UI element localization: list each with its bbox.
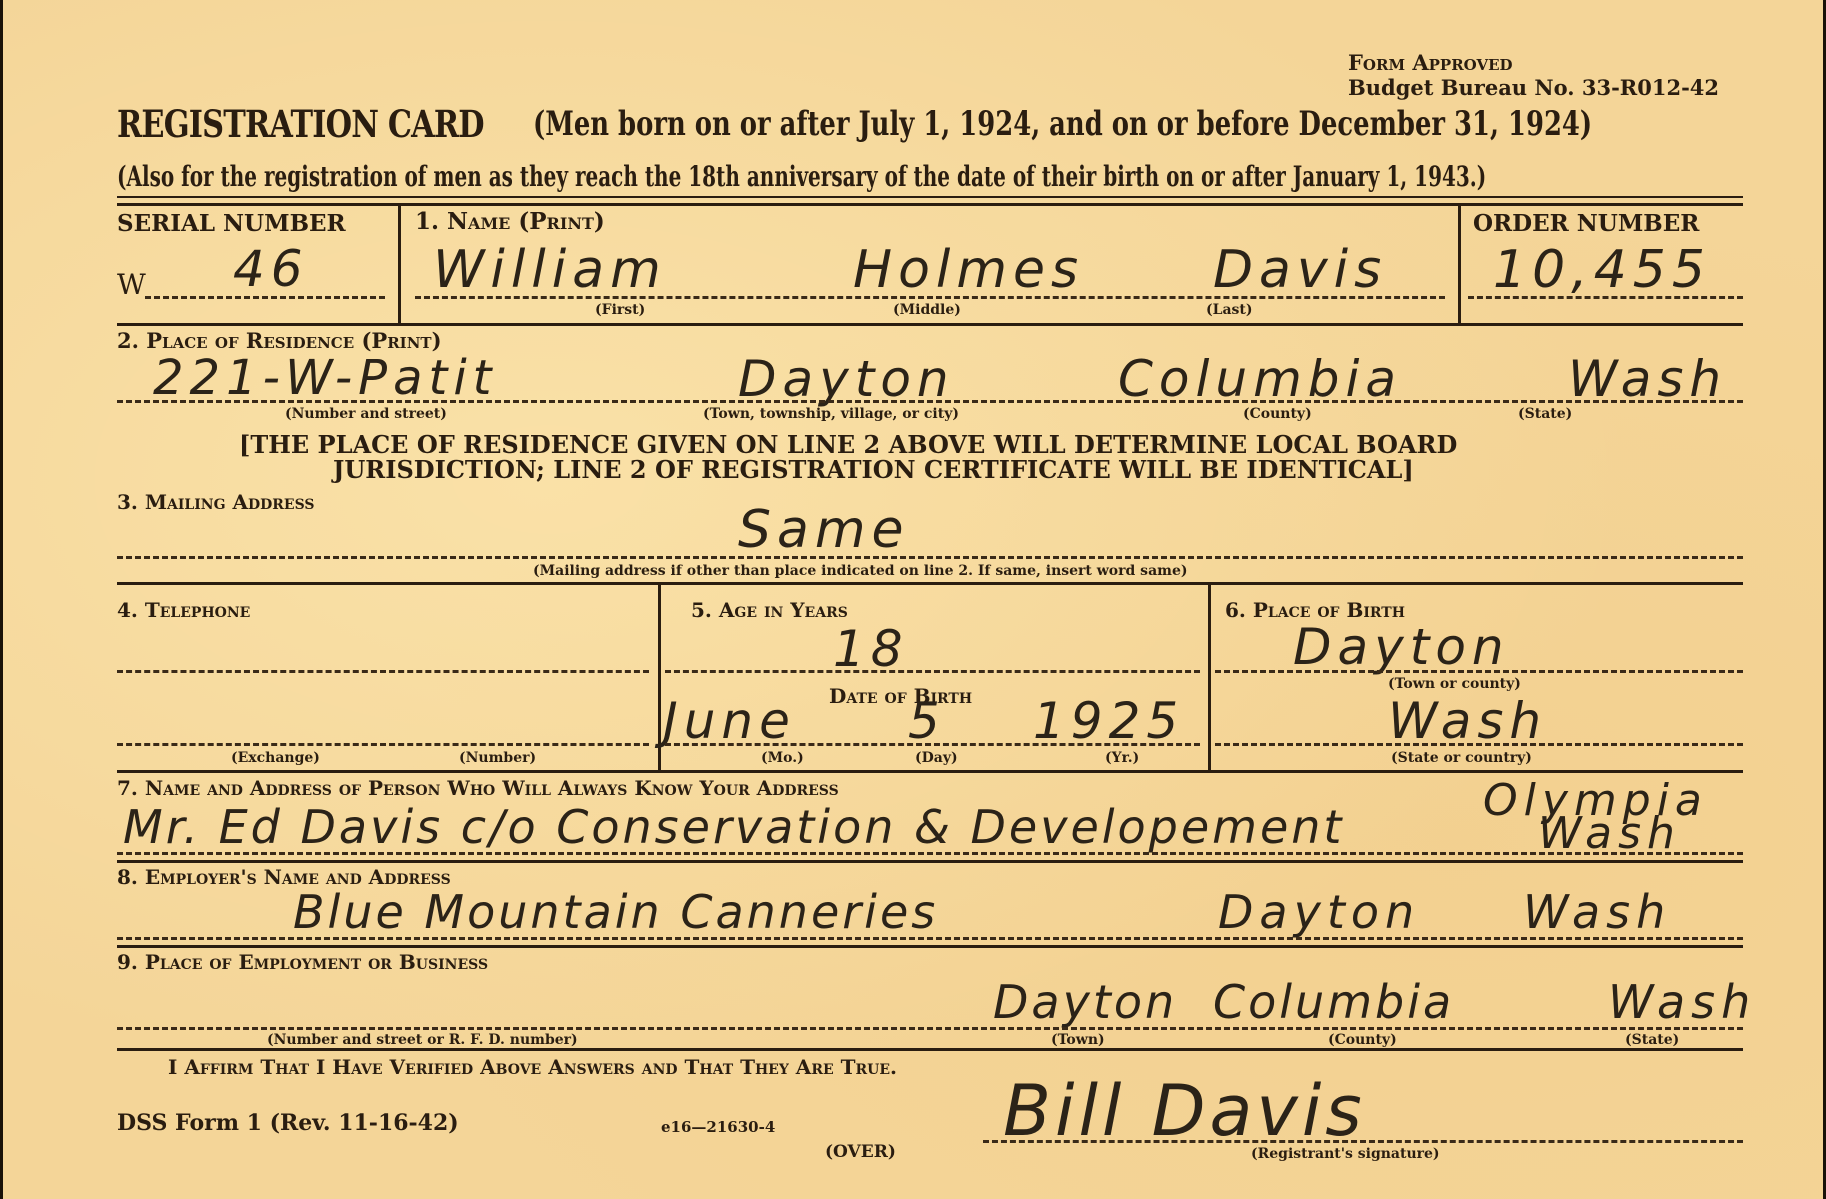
middle-caption: (Middle) (893, 302, 961, 318)
header-rule-1 (117, 196, 1743, 198)
row-rule (117, 770, 1743, 773)
over-note: (OVER) (825, 1142, 896, 1162)
title-text: REGISTRATION CARD (117, 102, 484, 146)
middle-name-value: Holmes (853, 240, 1084, 300)
last-caption: (Last) (1206, 302, 1253, 318)
serial-prefix: W (117, 268, 146, 301)
header-rule-2 (117, 203, 1743, 206)
employment-state-caption: (State) (1625, 1032, 1679, 1048)
year-caption: (Yr.) (1105, 750, 1139, 766)
row-rule (117, 582, 1743, 585)
birth-state-underline (1215, 743, 1743, 746)
order-number-value: 10,455 (1493, 240, 1711, 300)
birth-town-caption: (Town or county) (1388, 676, 1521, 692)
divider (1458, 205, 1461, 323)
contact-underline (117, 852, 1743, 855)
name-label: 1. Name (Print) (415, 208, 605, 235)
divider (398, 205, 401, 323)
exchange-caption: (Exchange) (231, 750, 320, 766)
contact-value: Mr. Ed Davis c/o Conservation & Develope… (123, 800, 1344, 854)
birth-town-value: Dayton (1293, 618, 1510, 676)
form-approved: Form Approved (1348, 50, 1513, 75)
divider (1208, 585, 1211, 770)
residence-underline (117, 400, 1743, 403)
residence-notice-2: JURISDICTION; LINE 2 OF REGISTRATION CER… (333, 455, 1414, 484)
mailing-label: 3. Mailing Address (117, 490, 315, 514)
serial-number-value: 46 (233, 240, 309, 298)
employment-county-value: Columbia (1213, 975, 1454, 1029)
dob-underline (665, 743, 1200, 746)
telephone-line-2 (117, 743, 649, 746)
county-caption: (County) (1243, 406, 1312, 422)
employer-state-value: Wash (1523, 885, 1671, 939)
title-note-text: (Men born on or after July 1, 1924, and … (533, 104, 1592, 144)
divider (658, 585, 661, 770)
last-name-value: Davis (1213, 240, 1387, 300)
number-caption: (Number) (459, 750, 536, 766)
first-caption: (First) (595, 302, 645, 318)
day-caption: (Day) (915, 750, 958, 766)
month-caption: (Mo.) (761, 750, 804, 766)
employer-city-value: Dayton (1218, 885, 1420, 939)
affirm-statement: I Affirm That I Have Verified Above Answ… (168, 1055, 897, 1079)
birth-state-caption: (State or country) (1391, 750, 1532, 766)
row-rule (117, 323, 1743, 326)
employment-town-caption: (Town) (1051, 1032, 1105, 1048)
town-caption: (Town, township, village, or city) (703, 406, 959, 422)
age-underline (665, 670, 1200, 673)
signature-underline (983, 1140, 1743, 1143)
mailing-address-value: Same (738, 500, 910, 560)
subtitle: (Also for the registration of men as the… (117, 160, 1826, 193)
title-note: (Men born on or after July 1, 1924, and … (533, 104, 1826, 144)
employment-state-value: Wash (1608, 975, 1756, 1029)
birth-state-value: Wash (1388, 692, 1547, 750)
telephone-label: 4. Telephone (117, 598, 250, 622)
order-label: ORDER NUMBER (1473, 210, 1699, 237)
form-id: DSS Form 1 (Rev. 11-16-42) (117, 1110, 459, 1136)
employment-underline (117, 1027, 1743, 1030)
street-caption: (Number and street) (285, 406, 447, 422)
dob-label: Date of Birth (829, 684, 972, 708)
mailing-caption: (Mailing address if other than place ind… (533, 563, 1187, 579)
employer-underline (117, 937, 1743, 940)
row-rule (117, 860, 1743, 863)
row-rule (117, 945, 1743, 948)
birth-town-underline (1215, 670, 1743, 673)
mailing-underline (117, 556, 1743, 559)
first-name-value: William (433, 240, 667, 300)
card-title: REGISTRATION CARD (117, 102, 564, 146)
subtitle-text: (Also for the registration of men as the… (117, 160, 1486, 193)
employer-name-value: Blue Mountain Canneries (293, 885, 938, 939)
employment-town-value: Dayton (993, 975, 1177, 1029)
contact-label: 7. Name and Address of Person Who Will A… (117, 776, 839, 800)
telephone-line-1 (117, 670, 649, 673)
residence-street-value: 221-W-Patit (153, 350, 497, 406)
budget-bureau-number: Budget Bureau No. 33-R012-42 (1348, 75, 1719, 100)
birth-month-value: June (663, 692, 796, 750)
row-rule (117, 1048, 1743, 1051)
employment-street-caption: (Number and street or R. F. D. number) (267, 1032, 578, 1048)
birth-day-value: 5 (908, 692, 946, 750)
birth-year-value: 1925 (1033, 692, 1184, 750)
print-code: e16—21630-4 (661, 1118, 775, 1136)
employment-county-caption: (County) (1328, 1032, 1397, 1048)
employment-label: 9. Place of Employment or Business (117, 950, 488, 974)
age-label: 5. Age in Years (691, 598, 848, 622)
signature-caption: (Registrant's signature) (1251, 1146, 1440, 1162)
registration-card: Form Approved Budget Bureau No. 33-R012-… (0, 0, 1826, 1199)
serial-label: SERIAL NUMBER (117, 210, 346, 237)
state-caption: (State) (1518, 406, 1572, 422)
